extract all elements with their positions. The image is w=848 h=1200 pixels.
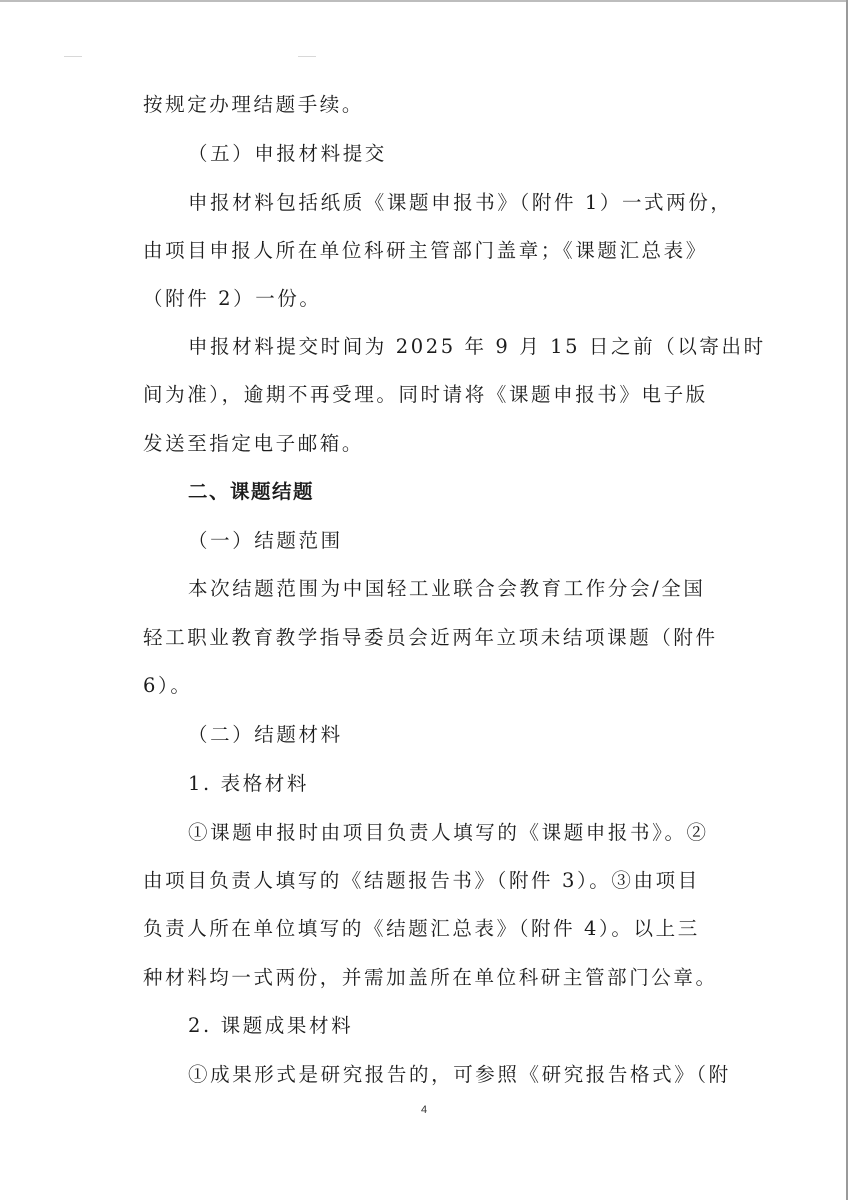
- list-heading: 1. 表格材料: [188, 771, 309, 797]
- text-line: ①成果形式是研究报告的，可参照《研究报告格式》（附: [188, 1062, 731, 1088]
- text-line: 种材料均一式两份，并需加盖所在单位科研主管部门公章。: [143, 965, 718, 991]
- text-line: ①课题申报时由项目负责人填写的《课题申报书》。②: [188, 820, 709, 846]
- list-heading: 2. 课题成果材料: [188, 1013, 353, 1039]
- text-line: 由项目申报人所在单位科研主管部门盖章；《课题汇总表》: [143, 238, 708, 264]
- scan-edge-top: [0, 0, 848, 2]
- text-line: 申报材料提交时间为 2025 年 9 月 15 日之前（以寄出时: [188, 334, 766, 360]
- text-line: 申报材料包括纸质《课题申报书》（附件 1）一式两份，: [188, 190, 732, 216]
- section-subheading: （一）结题范围: [188, 528, 343, 554]
- section-subheading: （二）结题材料: [188, 722, 343, 748]
- text-line: 本次结题范围为中国轻工业联合会教育工作分会/全国: [188, 576, 705, 602]
- section-heading: 二、课题结题: [188, 479, 314, 505]
- section-subheading: （五）申报材料提交: [188, 141, 387, 167]
- page-number: 4: [0, 1104, 848, 1116]
- text-line: 负责人所在单位填写的《结题汇总表》（附件 4）。以上三: [143, 916, 700, 942]
- scan-mark: [64, 56, 82, 57]
- text-line: 轻工职业教育教学指导委员会近两年立项未结项课题（附件: [143, 625, 718, 651]
- text-line: 间为准），逾期不再受理。同时请将《课题申报书》电子版: [143, 382, 708, 408]
- text-line: 按规定办理结题手续。: [143, 92, 364, 118]
- text-line: 6）。: [143, 673, 192, 699]
- text-line: 发送至指定电子邮箱。: [143, 431, 364, 457]
- text-line: （附件 2）一份。: [143, 286, 322, 312]
- text-line: 由项目负责人填写的《结题报告书》（附件 3）。③由项目: [143, 868, 700, 894]
- scan-mark: [298, 56, 316, 57]
